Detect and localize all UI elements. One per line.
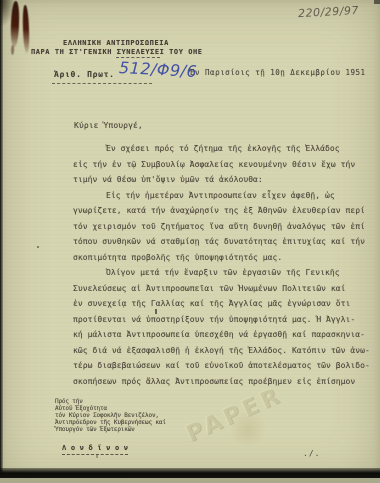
body-line: τόν χειρισμόν τοῦ ζητήματος ἵνα αὕτη δυν… [73, 219, 369, 235]
body-line: ἐν συνεχείᾳ τῆς Γαλλίας καί τῆς Ἀγγλίας … [73, 296, 369, 312]
continuation-mark: ./. [303, 449, 320, 458]
recipient-line: Πρός τήν [55, 398, 166, 405]
protocol-number-label: Ἀριθ. Πρωτ. [54, 70, 115, 79]
ink-stain [10, 1, 20, 47]
salutation: Κύριε Ὑπουργέ, [74, 121, 143, 130]
recipient-line: Ἀντιπρόεδρον τῆς Κυβερνήσεως καί [55, 419, 166, 426]
ink-stain [22, 5, 30, 53]
document-scan: 220/29/97 ΕΛΛΗΝΙΚΗ ΑΝΤΙΠΡΟΣΩΠΕΙΑ ΠΑΡΑ ΤΗ… [0, 0, 380, 483]
body-line: κή μάλιστα Ἀντιπροσωπεία ὑπεσχέθη νά ἐργ… [73, 327, 369, 343]
protocol-underline [52, 83, 152, 84]
body-line: Εἰς τήν ἡμετέραν Ἀντιπροσωπείαν εἶχεν ἀφ… [73, 188, 369, 204]
body-line: τέρω διαβεβαιώσεων καί τοῦ εὐνοϊκοῦ ἀποτ… [73, 358, 369, 374]
recipient-line: Αὐτοῦ Ἐξοχότητα [55, 405, 166, 412]
recipient-line: Ὑπουργόν τῶν Ἐξωτερικῶν [55, 426, 166, 433]
destination-city: Λ ο ν δ ῖ ν ο ν [62, 444, 128, 455]
handwritten-protocol-number: 512/Φ9/6 [119, 58, 198, 81]
letterhead-line-1: ΕΛΛΗΝΙΚΗ ΑΝΤΙΠΡΟΣΩΠΕΙΑ [63, 39, 169, 47]
body-line: Ἐν σχέσει πρός τό ζήτημα τῆς ἐκλογῆς τῆς… [73, 141, 369, 157]
paper-speck [37, 246, 39, 248]
scan-edge-bottom-strip [0, 478, 380, 483]
recipient-block: Πρός τήν Αὐτοῦ Ἐξοχότητα τόν Κύριον Σοφο… [55, 398, 166, 433]
dateline: Ἐν Παρισίοις τῇ 10ῃ Δεκεμβρίου 1951 [190, 68, 366, 77]
body-line: Ὀλίγον μετά τήν ἔναρξιν τῶν ἐργασιῶν τῆς… [73, 265, 369, 281]
paper-speck [96, 455, 98, 458]
body-line: προτίθενται νά ὑποστηρίξουν τήν ὑποψηφιό… [73, 312, 369, 328]
body-line: τιμήν νά θέσω ὑπ'ὄψιν ὑμῶν τά ἀκόλουθα: [73, 172, 369, 188]
body-line: γνωρίζετε, κατά τήν ἀναχώρησίν της ἐξ Ἀθ… [73, 203, 369, 219]
scan-edge-top-right [374, 0, 380, 4]
letter-body: Ἐν σχέσει πρός τό ζήτημα τῆς ἐκλογῆς τῆς… [73, 141, 369, 389]
body-line: Συνελεύσεως αἱ Ἀντιπροσωπεῖαι τῶν Ἡνωμέν… [73, 281, 369, 297]
handwritten-archive-ref: 220/29/97 [298, 3, 379, 20]
recipient-line: τόν Κύριον Σοφοκλῆν Βενιζέλον, [55, 412, 166, 419]
body-line: σκοπήσεων πρός ἄλλας Ἀντιπροσωπείας προέ… [73, 374, 369, 390]
letterhead-line-2: ΠΑΡΑ ΤΗ ΣΤ'ΓΕΝΙΚΗ ΣΥΝΕΛΕΥΣΕΙ ΤΟΥ ΟΗΕ [31, 48, 203, 56]
paper-stain [228, 412, 268, 446]
scan-edge-left [0, 0, 3, 483]
body-line: τόπου συνθηκῶν νά σταθμίσῃ τάς δυνατότητ… [73, 234, 369, 250]
body-line: κῶς διά νά ἐξασφαλισθῇ ἡ ἐκλογή τῆς Ἑλλά… [73, 343, 369, 359]
body-line: εἰς τήν ἐν τῷ Συμβουλίῳ Ἀσφαλείας κενουμ… [73, 157, 369, 173]
body-line: σκοπιμότητα προβολῆς τῆς ὑποψηφιότητός μ… [73, 250, 369, 266]
